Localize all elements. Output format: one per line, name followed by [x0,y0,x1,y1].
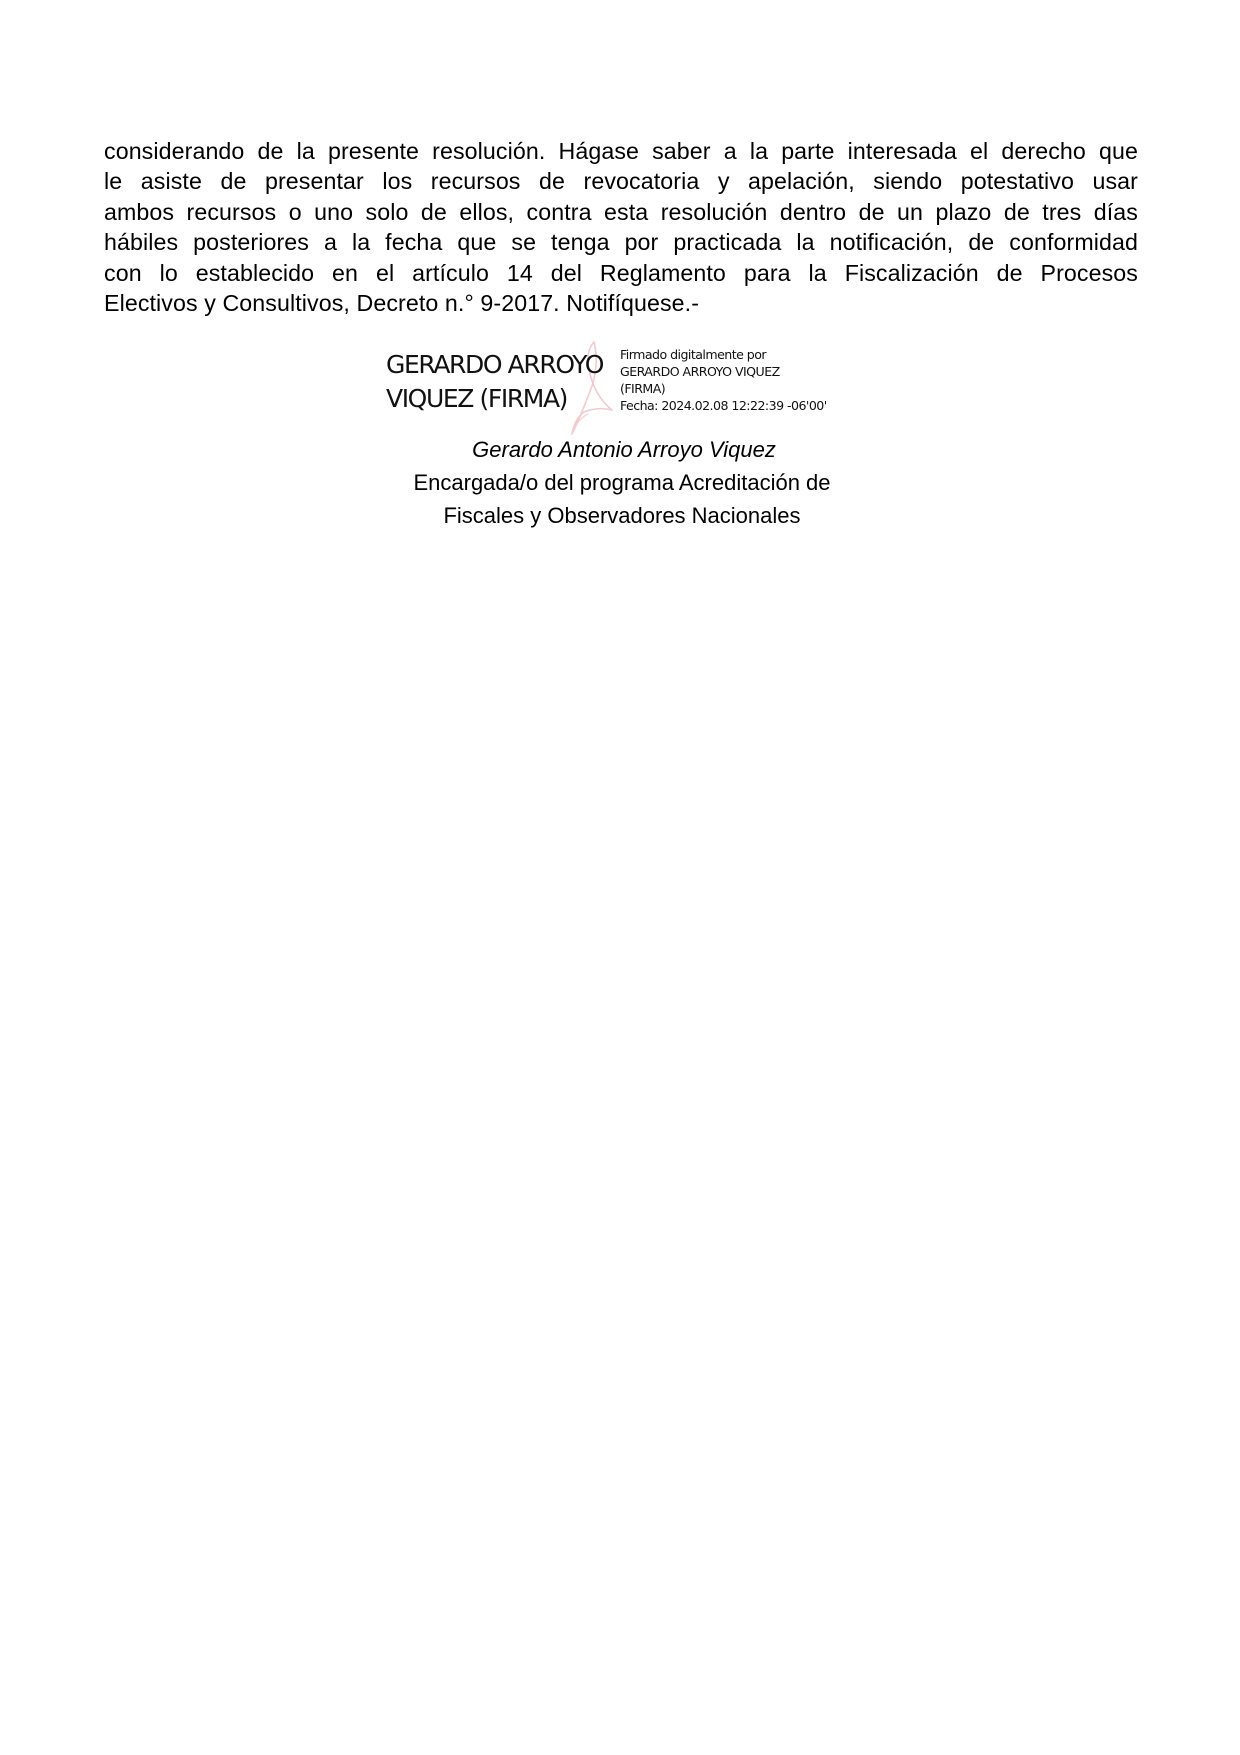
paragraph-line: hábiles posteriores a la fecha que se te… [104,227,1138,257]
paragraph-line: Electivos y Consultivos, Decreto n.° 9-2… [104,288,1138,318]
paragraph-line: considerando de la presente resolución. … [104,136,1138,166]
paragraph-line: con lo establecido en el artículo 14 del… [104,258,1138,288]
signature-details: Firmado digitalmente por GERARDO ARROYO … [620,346,827,414]
paragraph-line: le asiste de presentar los recursos de r… [104,166,1138,196]
signed-by-suffix: (FIRMA) [620,380,827,397]
stamp-name-line: VIQUEZ (FIRMA) [386,382,603,416]
signed-by-label: Firmado digitalmente por [620,346,827,363]
signer-title-line: Encargada/o del programa Acreditación de [0,466,1240,499]
signer-name: Gerardo Antonio Arroyo Viquez [0,436,1240,464]
resolution-paragraph: considerando de la presente resolución. … [104,136,1138,318]
stamp-name-line: GERARDO ARROYO [386,348,603,382]
signer-title-line: Fiscales y Observadores Nacionales [0,499,1240,532]
digital-signature-stamp[interactable]: GERARDO ARROYO VIQUEZ (FIRMA) Firmado di… [386,338,856,438]
document-page: considerando de la presente resolución. … [0,0,1240,1755]
paragraph-line: ambos recursos o uno solo de ellos, cont… [104,197,1138,227]
signer-stamp-name: GERARDO ARROYO VIQUEZ (FIRMA) [386,348,603,416]
signer-title: Encargada/o del programa Acreditación de… [0,466,1240,532]
signature-date: Fecha: 2024.02.08 12:22:39 -06'00' [620,397,827,414]
signed-by-name: GERARDO ARROYO VIQUEZ [620,363,827,380]
